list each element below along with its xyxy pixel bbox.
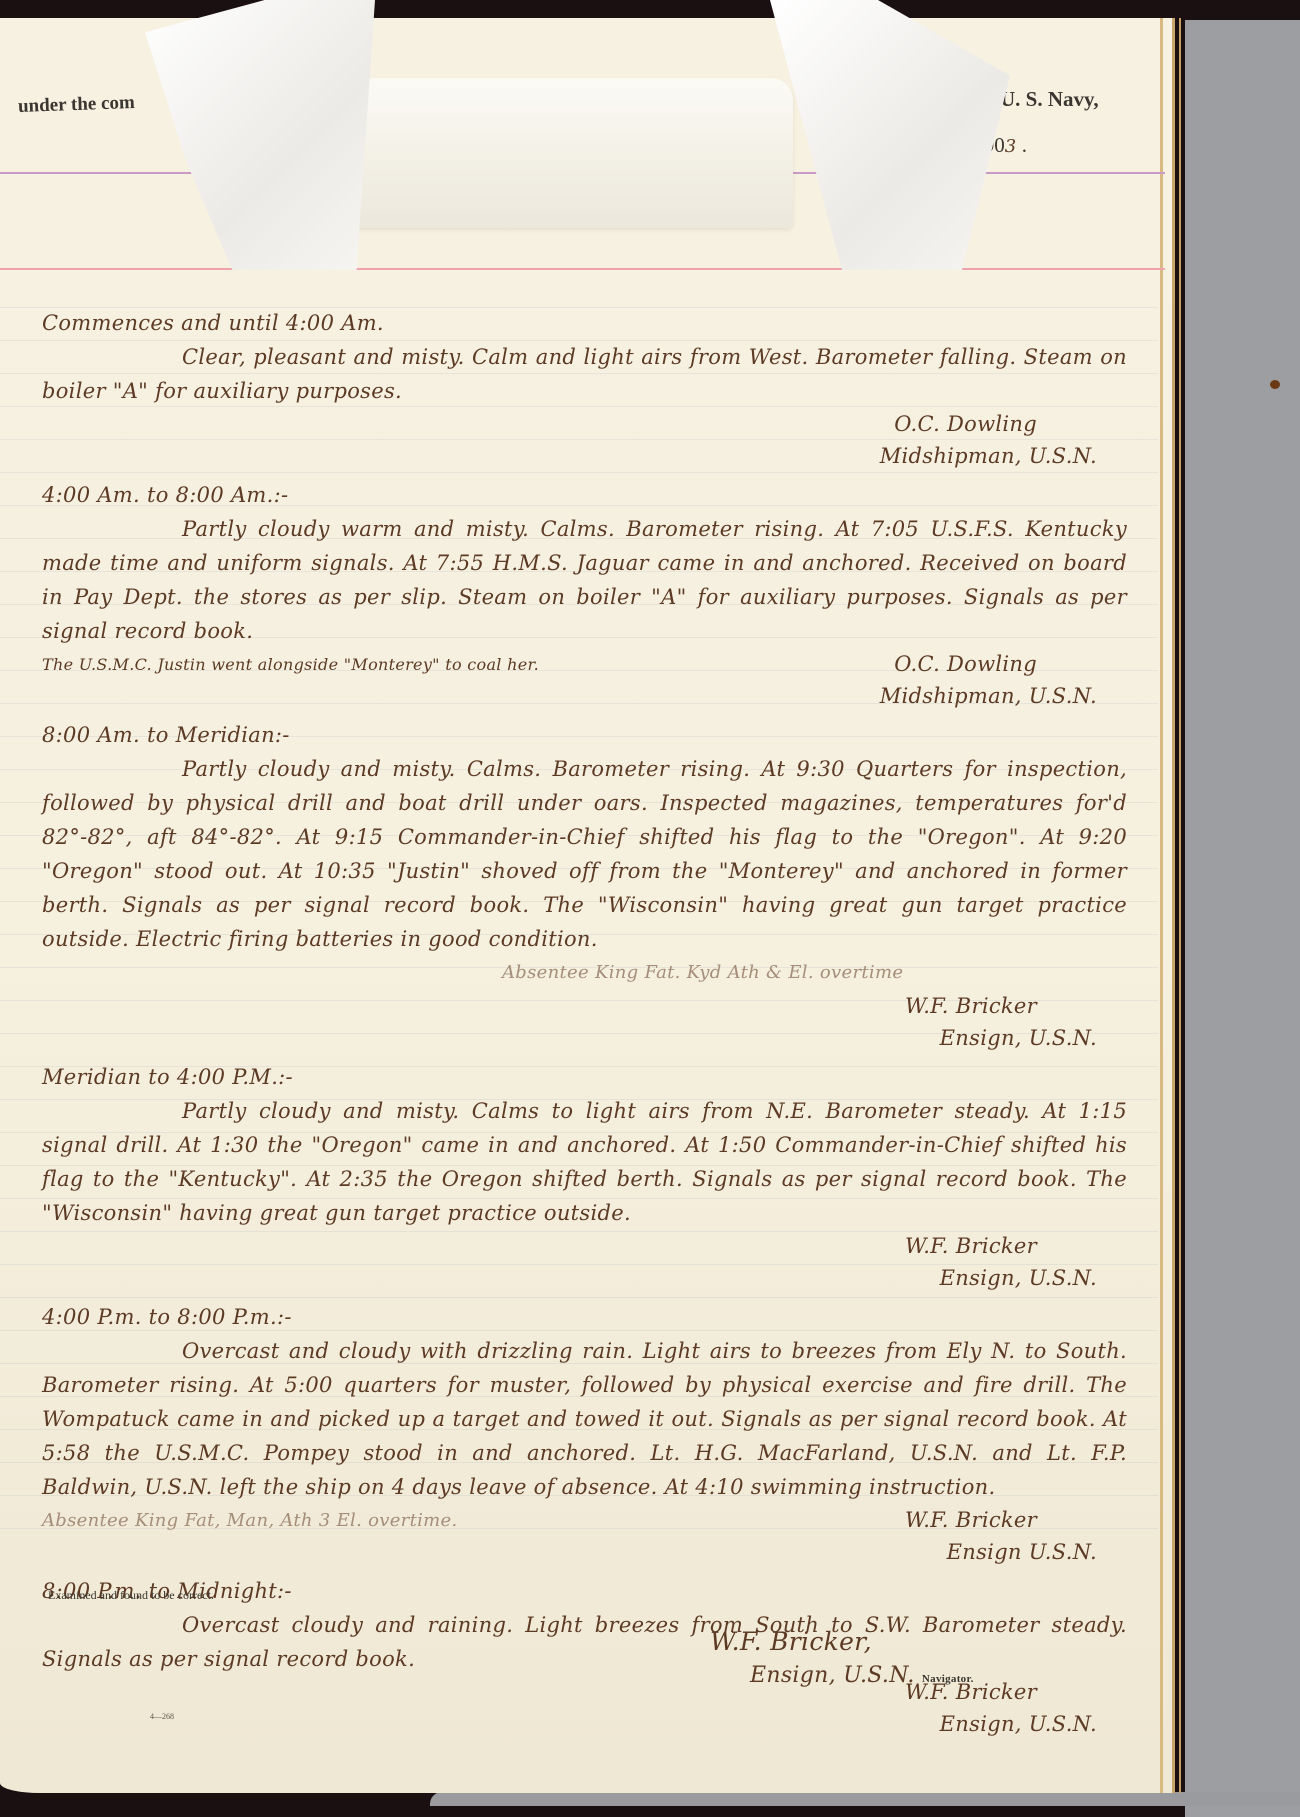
signature-block: O.C. Dowling Midshipman, U.S.N.	[42, 408, 1127, 472]
signature-rank: Ensign U.S.N.	[42, 1536, 1097, 1568]
signature-rank: Ensign, U.S.N.	[42, 1022, 1097, 1054]
watch-title: 4:00 Am. to 8:00 Am.:-	[42, 478, 1127, 512]
header-date-year: 3	[1005, 136, 1017, 157]
signature-rank: Ensign, U.S.N.	[42, 1262, 1097, 1294]
watch-body: Partly cloudy warm and misty. Calms. Bar…	[42, 512, 1127, 648]
header-printed-navy: U. S. Navy,	[1000, 87, 1099, 112]
signature-rank: Midshipman, U.S.N.	[42, 440, 1097, 472]
watch-title: Meridian to 4:00 P.M.:-	[42, 1060, 1127, 1094]
watch-body: Overcast and cloudy with drizzling rain.…	[42, 1334, 1127, 1504]
navigator-rank: Ensign, U.S.N. Navigator.	[700, 1659, 1090, 1696]
signature: W.F. Bricker	[42, 990, 1097, 1022]
watch-title: 4:00 P.m. to 8:00 P.m.:-	[42, 1300, 1127, 1334]
watch-body: Clear, pleasant and misty. Calm and ligh…	[42, 340, 1127, 408]
navigator-signature: W.F. Bricker,	[700, 1625, 1090, 1659]
signature-rank: Ensign, U.S.N.	[42, 1708, 1097, 1740]
watch-body: Partly cloudy and misty. Calms. Baromete…	[42, 752, 1127, 956]
watch-entry: 4:00 P.m. to 8:00 P.m.:- Overcast and cl…	[42, 1300, 1127, 1568]
examined-statement: Examined and found to be correct.	[48, 1588, 214, 1603]
page-edge	[1179, 18, 1181, 1793]
signature: O.C. Dowling	[42, 408, 1097, 440]
signature: W.F. Bricker	[42, 1230, 1097, 1262]
watch-title: Commences and until 4:00 Am.	[42, 306, 1127, 340]
watch-body: Partly cloudy and misty. Calms to light …	[42, 1094, 1127, 1230]
header-printed-left: under the com	[18, 92, 136, 118]
navigator-rank-text: Ensign, U.S.N.	[750, 1663, 915, 1688]
ink-spot	[1270, 380, 1280, 389]
header-rule-pink	[0, 268, 1165, 270]
background-surface	[1185, 20, 1300, 1817]
watch-entry: 8:00 Am. to Meridian:- Partly cloudy and…	[42, 718, 1127, 1054]
watch-entry: Meridian to 4:00 P.M.:- Partly cloudy an…	[42, 1060, 1127, 1294]
page-edge	[1172, 18, 1175, 1793]
signature-block: W.F. Bricker Ensign, U.S.N.	[42, 1230, 1127, 1294]
paper-roll-weight	[348, 78, 793, 228]
watch-title: 8:00 Am. to Meridian:-	[42, 718, 1127, 752]
faint-note: Absentee King Fat. Kyd Ath & El. overtim…	[42, 956, 1127, 990]
log-entries: Commences and until 4:00 Am. Clear, plea…	[42, 300, 1127, 1740]
page-edge	[1160, 18, 1163, 1793]
form-number: 4—268	[150, 1712, 174, 1721]
background-surface-bottom	[430, 1792, 1300, 1806]
navigator-signature-block: W.F. Bricker, Ensign, U.S.N. Navigator.	[700, 1625, 1090, 1696]
watch-entry: 4:00 Am. to 8:00 Am.:- Partly cloudy war…	[42, 478, 1127, 712]
signature-rank: Midshipman, U.S.N.	[42, 680, 1097, 712]
watch-entry: Commences and until 4:00 Am. Clear, plea…	[42, 306, 1127, 472]
navigator-label: Navigator.	[922, 1673, 974, 1685]
signature-block: W.F. Bricker Ensign, U.S.N.	[42, 990, 1127, 1054]
